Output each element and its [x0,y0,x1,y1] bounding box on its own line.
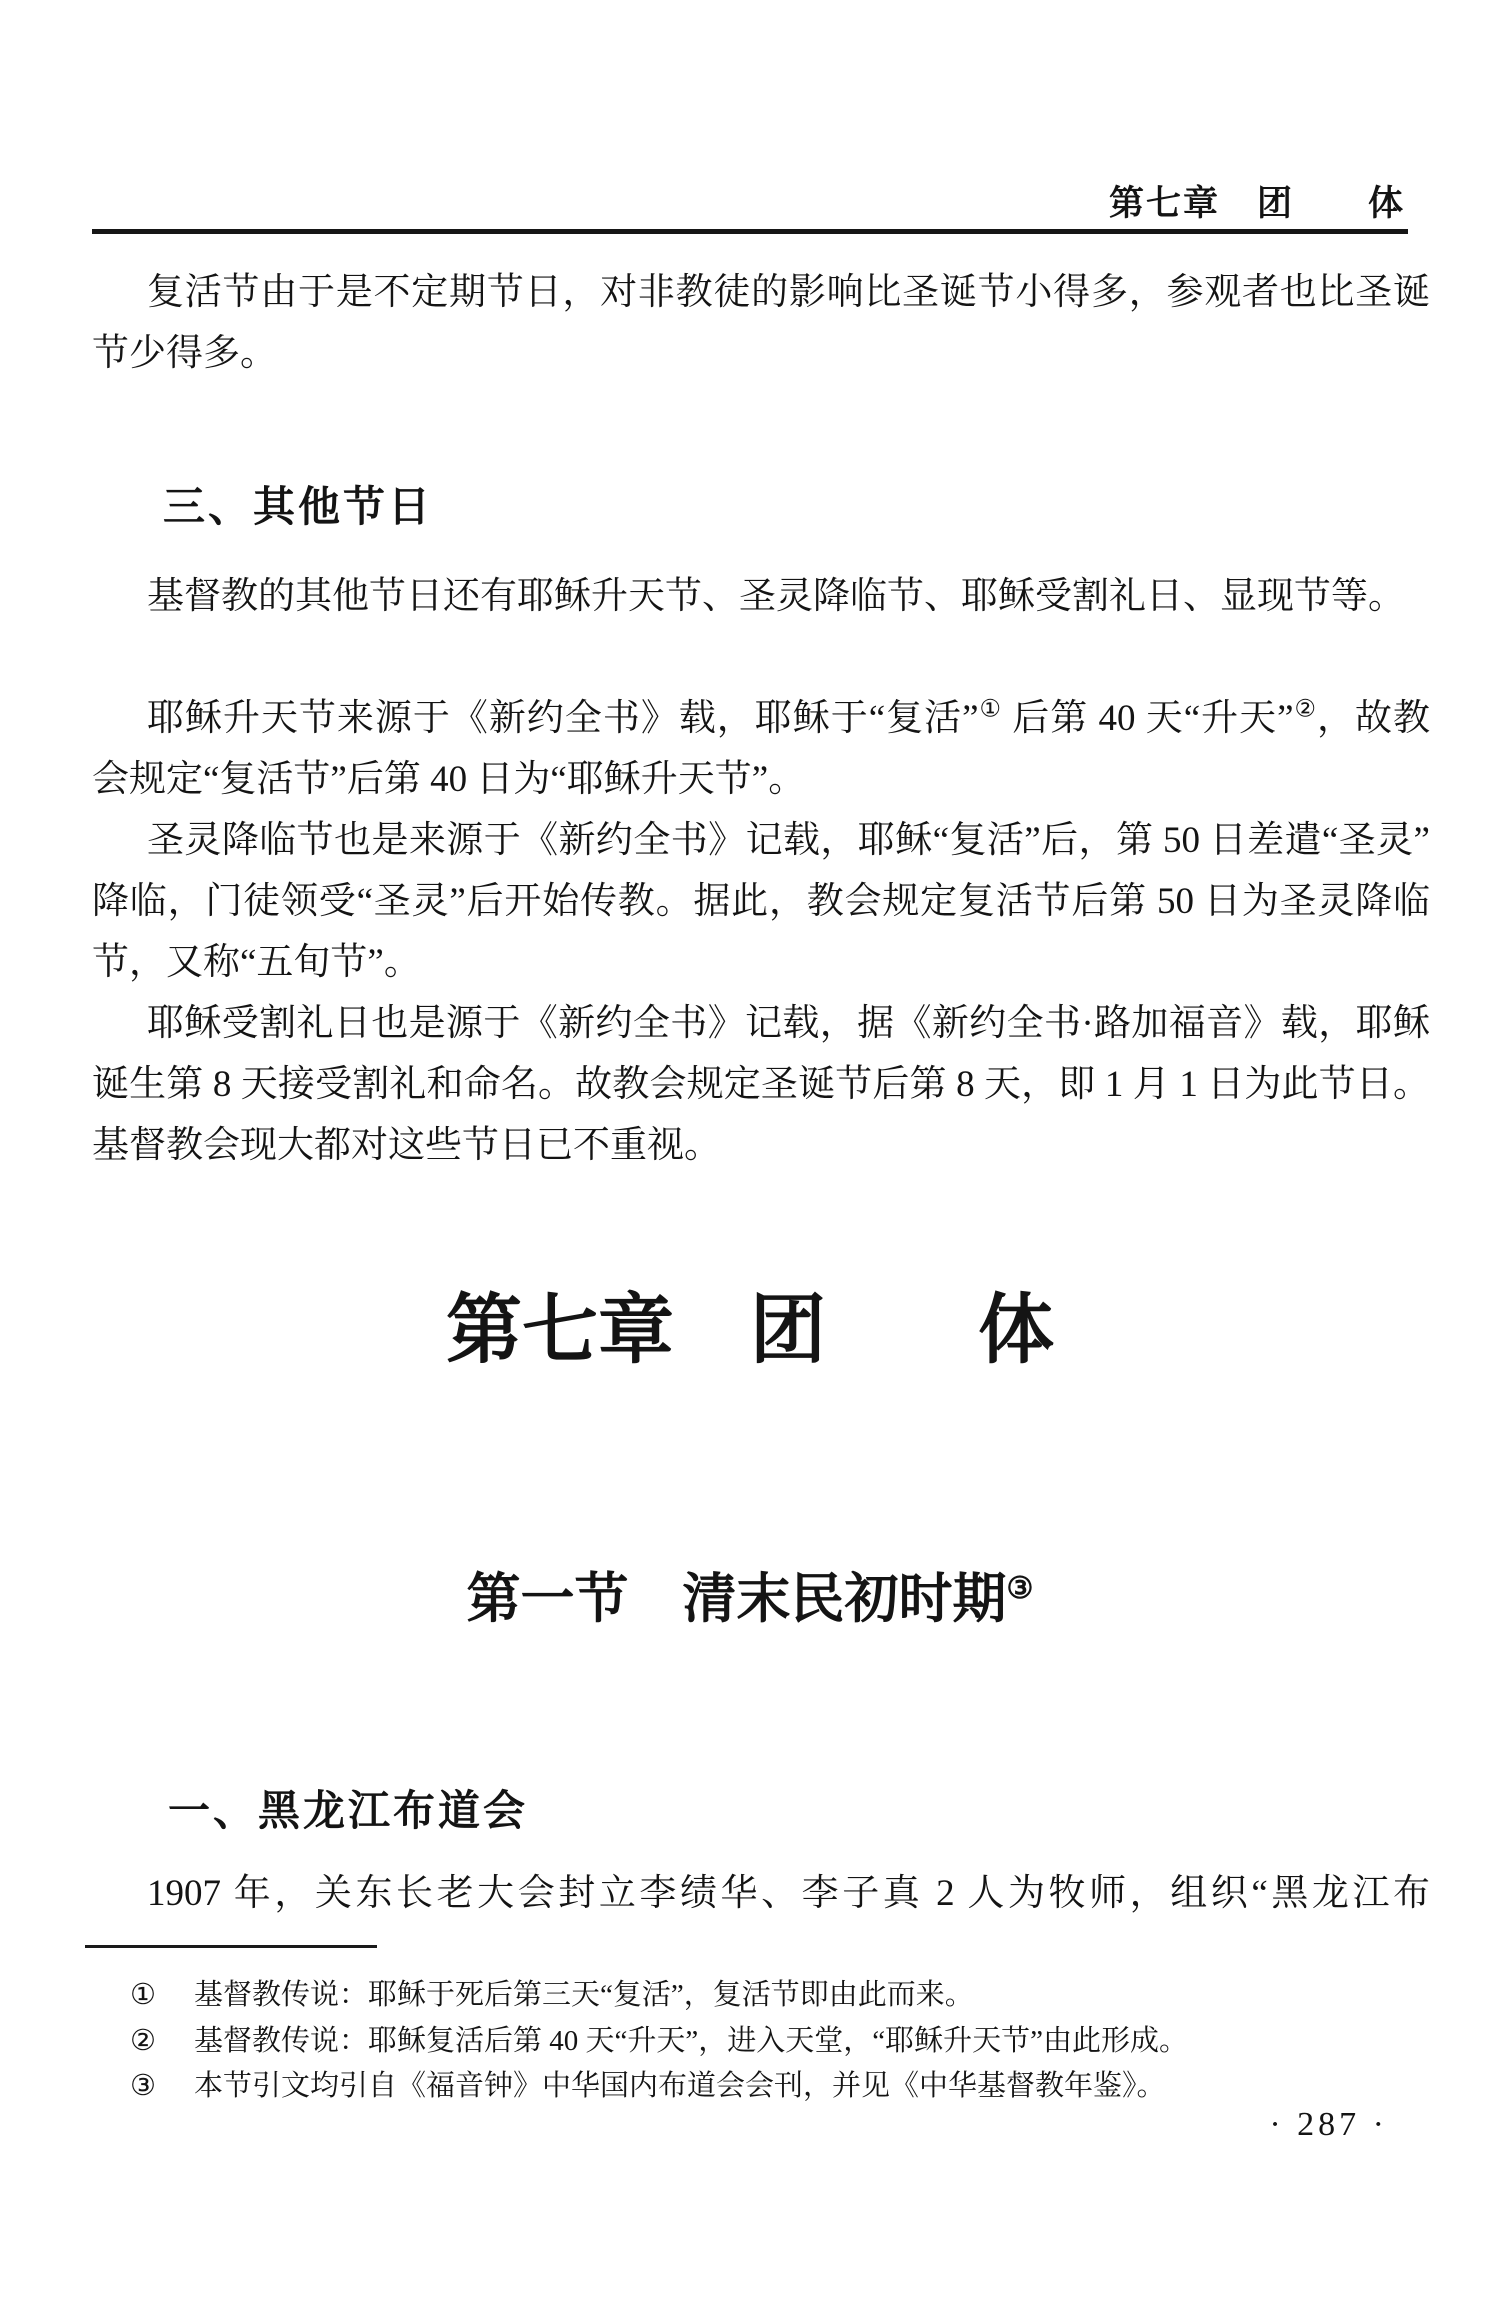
footnote-2-number: ② [130,2022,172,2060]
footnote-ref-2: ② [1294,697,1318,723]
page-number: · 287 · [1269,2106,1388,2144]
section-title-text: 第一节 清末民初时期 [467,1569,1007,1629]
footnote-3: ③本节引文均引自《福音钟》中华国内布道会会刊，并见《中华基督教年鉴》。 [130,2067,1420,2105]
chapter-title: 第七章 团 体 [0,1284,1500,1379]
footnote-ref-3: ③ [1007,1572,1034,1605]
footnote-1-text: 基督教传说：耶稣于死后第三天“复活”，复活节即由此而来。 [194,1979,974,2011]
paragraph-pentecost: 圣灵降临节也是来源于《新约全书》记载，耶稣“复活”后，第 50 日差遣“圣灵”降… [92,810,1430,993]
paragraph-1907: 1907 年，关东长老大会封立李绩华、李子真 2 人为牧师，组织“黑龙江布 [92,1863,1430,1924]
heading-other-festivals: 三、其他节日 [163,474,433,534]
paragraph-circumcision: 耶稣受割礼日也是源于《新约全书》记载，据《新约全书·路加福音》载，耶稣诞生第 8… [92,993,1430,1176]
footnote-separator [85,1945,377,1948]
footnote-3-text: 本节引文均引自《福音钟》中华国内布道会会刊，并见《中华基督教年鉴》。 [194,2070,1166,2102]
footnote-2-text: 基督教传说：耶稣复活后第 40 天“升天”，进入天堂，“耶稣升天节”由此形成。 [194,2025,1188,2057]
paragraph-ascension-text-2: 后第 40 天“升天” [1002,698,1293,739]
paragraph-ascension: 耶稣升天节来源于《新约全书》载，耶稣于“复活”① 后第 40 天“升天”②，故教… [92,688,1430,810]
header-rule [92,229,1408,234]
footnote-ref-1: ① [979,697,1003,723]
footnote-2: ②基督教传说：耶稣复活后第 40 天“升天”，进入天堂，“耶稣升天节”由此形成。 [130,2022,1420,2060]
footnote-1-number: ① [130,1976,172,2014]
paragraph-easter: 复活节由于是不定期节日，对非教徒的影响比圣诞节小得多，参观者也比圣诞节少得多。 [92,262,1430,384]
paragraph-other-festivals: 基督教的其他节日还有耶稣升天节、圣灵降临节、耶稣受割礼日、显现节等。 [92,566,1430,627]
footnote-3-number: ③ [130,2067,172,2105]
book-page: 第七章 团 体 复活节由于是不定期节日，对非教徒的影响比圣诞节小得多，参观者也比… [0,0,1500,2315]
running-header-title: 第七章 团 体 [1109,176,1405,226]
paragraph-ascension-text-1: 耶稣升天节来源于《新约全书》载，耶稣于“复活” [147,698,979,739]
heading-heilongjiang: 一、黑龙江布道会 [168,1778,528,1838]
footnote-1: ①基督教传说：耶稣于死后第三天“复活”，复活节即由此而来。 [130,1976,1420,2014]
section-title: 第一节 清末民初时期③ [0,1564,1500,1634]
